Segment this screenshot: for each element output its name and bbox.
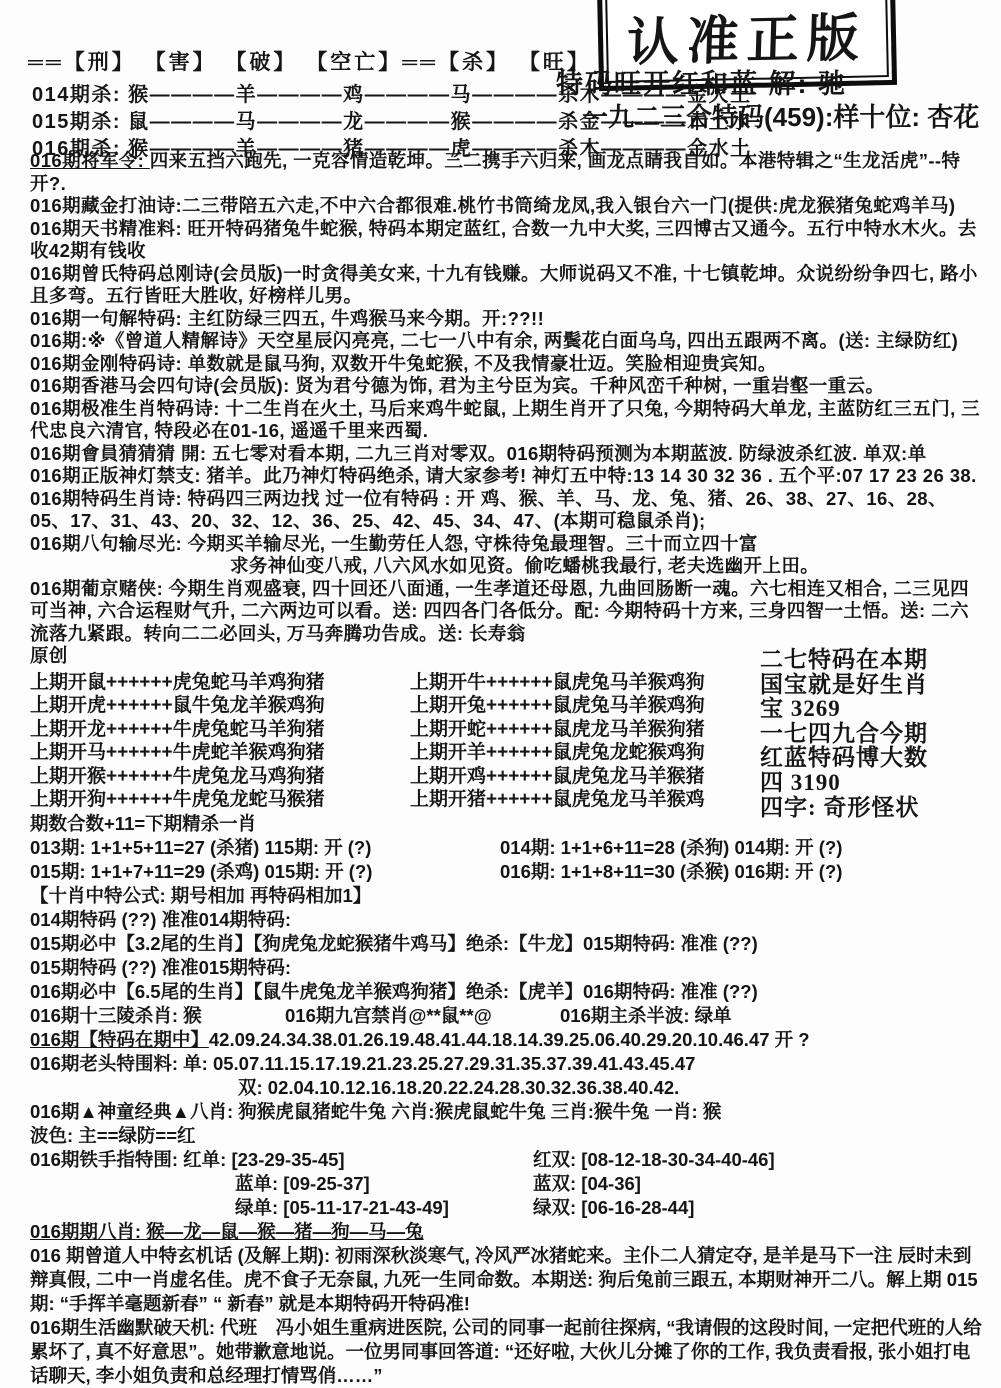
para-zengshi-poem: 016期曾氏特码总刚诗(会员版)一时贪得美女来, 十九有钱赚。大师说码又不准, … [30,263,982,308]
para-tianshu: 016期天书精准料: 旺开特码猪兔牛蛇猴, 特码本期定蓝红, 合数一九中大奖, … [30,218,982,263]
para-jizhun-zodiac: 016期极准生肖特码诗: 十二生肖在火土, 马后来鸡牛蛇鼠, 上期生肖开了只兔,… [30,398,982,443]
main-content: 016期将军令: 四来五挡六跑先, 一克容情造乾坤。三二携手六归来, 画龙点睛我… [30,150,982,1388]
para-pujing-dux: 016期葡京赌侠: 今期生肖观盛衰, 四十回还八面通, 一生孝道还母恩, 九曲回… [30,578,982,646]
last-draw-row: 上期开兔++++++鼠虎兔马羊猴鸡狗 [410,694,705,718]
shentong-zodiacs: 016期▲神童经典▲八肖: 狗猴虎鼠猪蛇牛兔 六肖:猴虎鼠蛇牛兔 三肖:猴牛兔 … [30,1100,982,1124]
tema-in-range: 016期【特码在期中】42.09.24.34.38.01.26.19.48.41… [30,1028,982,1052]
last-draw-left-column: 上期开鼠++++++虎兔蛇马羊鸡狗猪 上期开虎++++++鼠牛兔龙羊猴鸡狗 上期… [30,671,410,812]
line-014-tema: 014期特码 (??) 准准014期特码: [30,908,982,932]
heshu-rule: 期数合数+11=下期精杀一肖 [30,812,982,836]
formula-row-1: 013期: 1+1+5+11=27 (杀猪) 115期: 开 (?) 014期:… [30,836,982,860]
last-draw-row: 上期开牛++++++鼠虎兔马羊猴鸡狗 [410,671,705,695]
last-draw-row: 上期开虎++++++鼠牛兔龙羊猴鸡狗 [30,694,410,718]
iron-finger-row-red: 016期铁手指特围: 红单: [23-29-35-45] 红双: [08-12-… [30,1148,982,1172]
top-note-combo: 一九二三合特码(459):样十位: 杏花 [582,97,979,134]
laotou-even: 双: 02.04.10.12.16.18.20.22.24.28.30.32.3… [30,1076,982,1100]
para-shujinguang-2: 求务神仙变八戒, 八六风水如见资。偷吃蟠桃我最行, 老夫选幽开上田。 [30,555,982,578]
para-original-mark: 原创 [30,645,982,668]
last-draw-row: 上期开马++++++牛虎蛇羊猴鸡狗猪 [30,741,410,765]
ten-zodiac-formula: 【十肖中特公式: 期号相加 再特码相加1】 [30,884,982,908]
para-one-line-解码: 016期一句解特码: 主红防绿三四五, 牛鸡猴马来今期。开:??!! [30,308,982,331]
para-general-order: 016期将军令: 四来五挡六跑先, 一克容情造乾坤。三二携手六归来, 画龙点睛我… [30,150,982,195]
bottom-section: 期数合数+11=下期精杀一肖 013期: 1+1+5+11=27 (杀猪) 11… [30,812,982,1388]
three-segment-row: 016期十三陵杀肖: 猴 016期九宫禁肖@**鼠**@ 016期主杀半波: 绿… [30,1004,982,1028]
line-015-bizhong: 015期必中【3.2尾的生肖】【狗虎兔龙蛇猴猪牛鸡马】绝杀:【牛龙】015期特码… [30,932,982,956]
laotou-odd: 016期老头特围料: 单: 05.07.11.15.17.19.21.23.25… [30,1052,982,1076]
kill-table-header: ══【刑】 【害】 【破】 【空亡】══【杀】 【旺】 [28,46,591,76]
wave-color: 波色: 主==绿防==红 [30,1124,982,1148]
last-draw-row: 上期开羊++++++鼠虎兔龙蛇猴鸡狗 [410,741,705,765]
xuanji-paragraph: 016 期曾道人中特玄机话 (及解上期): 初雨深秋淡寒气, 冷风严冰猪蛇来。主… [30,1244,982,1316]
lottery-tip-sheet: 认准正版 ══【刑】 【害】 【破】 【空亡】══【杀】 【旺】 014期杀: … [0,0,1001,1388]
line-016-bizhong: 016期必中【6.5尾的生肖】【鼠牛虎兔龙羊猴鸡狗猪】绝杀:【虎羊】016期特码… [30,980,982,1004]
last-draw-row: 上期开鼠++++++虎兔蛇马羊鸡狗猪 [30,671,410,695]
last-draw-row: 上期开猪++++++鼠虎兔龙马羊猴鸡 [410,788,705,812]
para-zengdaoren-poem: 016期:※《曾道人精解诗》天空星辰闪亮亮, 二七一八中有余, 两鬓花白面乌乌,… [30,330,982,353]
humor-paragraph: 016期生活幽默破天机: 代班 冯小姐生重病进医院, 公司的同事一起前往探病, … [30,1316,982,1388]
top-note-red-blue: 特码旺开红和蓝 解: 驰 [556,62,847,101]
eight-zodiac-row: 016期期八肖: 猴—龙—鼠—猴—猪—狗—马—兔 [30,1220,982,1244]
para-shendeng-ban: 016期正版神灯禁支: 猪羊。此乃神灯特码绝杀, 请大家参考! 神灯五中特:13… [30,465,982,488]
last-draw-table: 上期开鼠++++++虎兔蛇马羊鸡狗猪 上期开虎++++++鼠牛兔龙羊猴鸡狗 上期… [30,671,766,812]
iron-finger-row-green: 绿单: [05-11-17-21-43-49] 绿双: [06-16-28-44… [30,1196,982,1220]
para-cangjin-poem: 016期藏金打油诗:二三带陪五六走,不中六合都很难.桃竹书筒绮龙凤,我入银台六一… [30,195,982,218]
iron-finger-row-blue: 蓝单: [09-25-37] 蓝双: [04-36] [30,1172,982,1196]
para-member-guess: 016期會員猜猜猜 開: 五七零对看本期, 二九三肖对零双。016期特码预测为本… [30,443,982,466]
para-tema-zodiac-poem: 016期特码生肖诗: 特码四三两边找 过一位有特码 : 开 鸡、猴、羊、马、龙、… [30,488,982,533]
last-draw-right-column: 上期开牛++++++鼠虎兔马羊猴鸡狗 上期开兔++++++鼠虎兔马羊猴鸡狗 上期… [410,671,705,812]
para-jingang-poem: 016期金刚特码诗: 单数就是鼠马狗, 双数开牛兔蛇猴, 不及我情豪壮迈。笑脸相… [30,353,982,376]
line-015-tema: 015期特码 (??) 准准015期特码: [30,956,982,980]
last-draw-row: 上期开狗++++++牛虎兔龙蛇马猴猪 [30,788,410,812]
para-shujinguang-1: 016期八句输尽光: 今期买羊输尽光, 一生勤劳任人怨, 守株待兔最理智。三十而… [30,533,982,556]
last-draw-row: 上期开猴++++++牛虎兔龙马鸡狗猪 [30,765,410,789]
para-lead: 016期将军令: [30,150,150,171]
last-draw-row: 上期开龙++++++牛虎兔蛇马羊狗猪 [30,718,410,742]
last-draw-row: 上期开鸡++++++鼠虎兔龙马羊猴猪 [410,765,705,789]
para-hkjc-poem: 016期香港马会四句诗(会员版): 贤为君兮德为饰, 君为主兮臣为宾。千种风峦千… [30,375,982,398]
last-draw-row: 上期开蛇++++++鼠虎龙马羊猴狗猪 [410,718,705,742]
formula-row-2: 015期: 1+1+7+11=29 (杀鸡) 015期: 开 (?) 016期:… [30,860,982,884]
